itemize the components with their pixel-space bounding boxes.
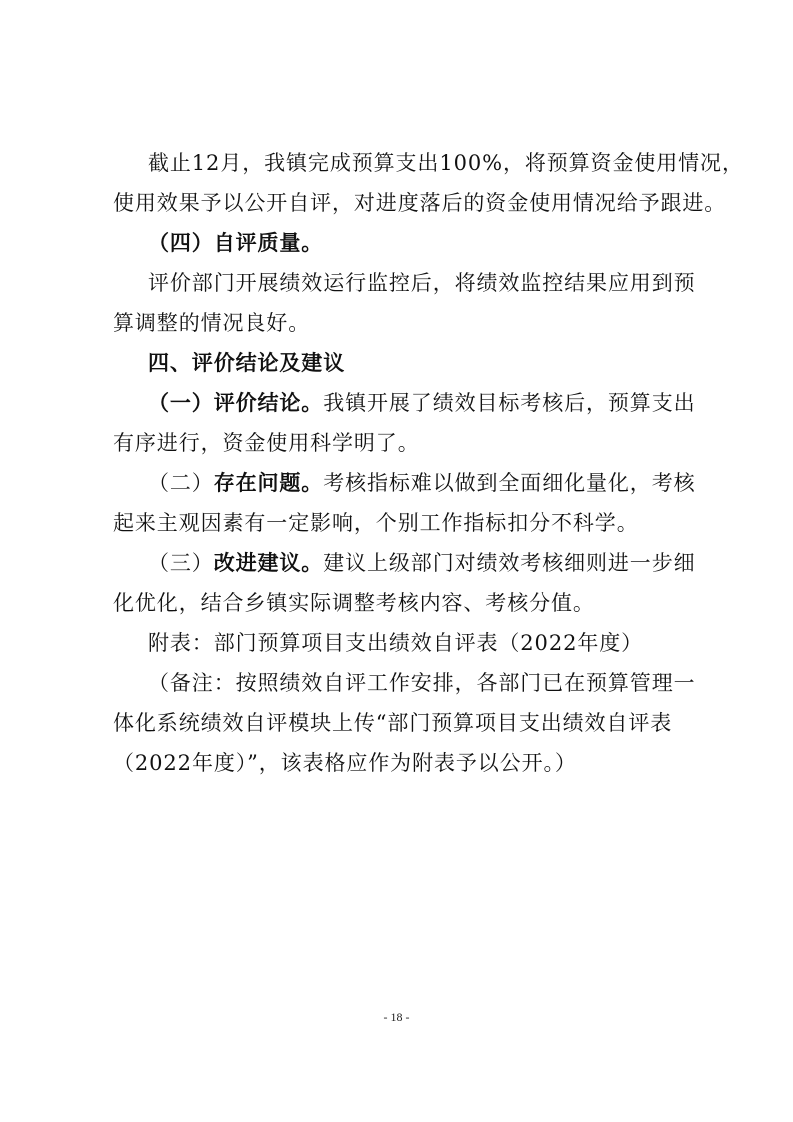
note-line: （备注：按照绩效自评工作安排，各部门已在预算管理一 — [148, 668, 696, 698]
problems-label: 存在问题。 — [214, 470, 324, 495]
paragraph-line: 评价部门开展绩效运行监控后，将绩效监控结果应用到预 — [148, 268, 696, 298]
suggestions-label: 改进建议。 — [214, 550, 324, 575]
paragraph-line: 化优化，结合乡镇实际调整考核内容、考核分值。 — [113, 588, 595, 618]
problems-text: 考核指标难以做到全面细化量化，考核 — [323, 471, 695, 495]
section-heading: 四、评价结论及建议 — [148, 348, 345, 378]
paragraph-line: 截止12月，我镇完成预算支出100%，将预算资金使用情况， — [148, 148, 744, 178]
page-number: - 18 - — [0, 1010, 793, 1025]
suggestions-line: （三）改进建议。建议上级部门对绩效考核细则进一步细 — [148, 548, 696, 578]
problems-line: （二）存在问题。考核指标难以做到全面细化量化，考核 — [148, 468, 696, 498]
paragraph-line: 起来主观因素有一定影响，个别工作指标扣分不科学。 — [113, 508, 639, 538]
attachment-line: 附表：部门预算项目支出绩效自评表（2022年度） — [148, 628, 643, 658]
suggestions-text: 建议上级部门对绩效考核细则进一步细 — [323, 551, 695, 575]
paragraph-line: 有序进行，资金使用科学明了。 — [113, 428, 420, 458]
suggestions-prefix: （三） — [148, 551, 214, 575]
note-line: 体化系统绩效自评模块上传“部门预算项目支出绩效自评表 — [113, 708, 672, 738]
conclusion-line: （一）评价结论。我镇开展了绩效目标考核后，预算支出 — [148, 388, 696, 418]
paragraph-line: 使用效果予以公开自评，对进度落后的资金使用情况给予跟进。 — [113, 188, 726, 218]
document-page: 截止12月，我镇完成预算支出100%，将预算资金使用情况， 使用效果予以公开自评… — [0, 0, 793, 1122]
paragraph-line: 算调整的情况良好。 — [113, 308, 310, 338]
conclusion-text: 我镇开展了绩效目标考核后，预算支出 — [323, 391, 695, 415]
problems-prefix: （二） — [148, 471, 214, 495]
conclusion-label: （一）评价结论。 — [148, 391, 323, 415]
note-line: （2022年度）”，该表格应作为附表予以公开。） — [113, 748, 577, 778]
subsection-heading: （四）自评质量。 — [148, 228, 323, 258]
